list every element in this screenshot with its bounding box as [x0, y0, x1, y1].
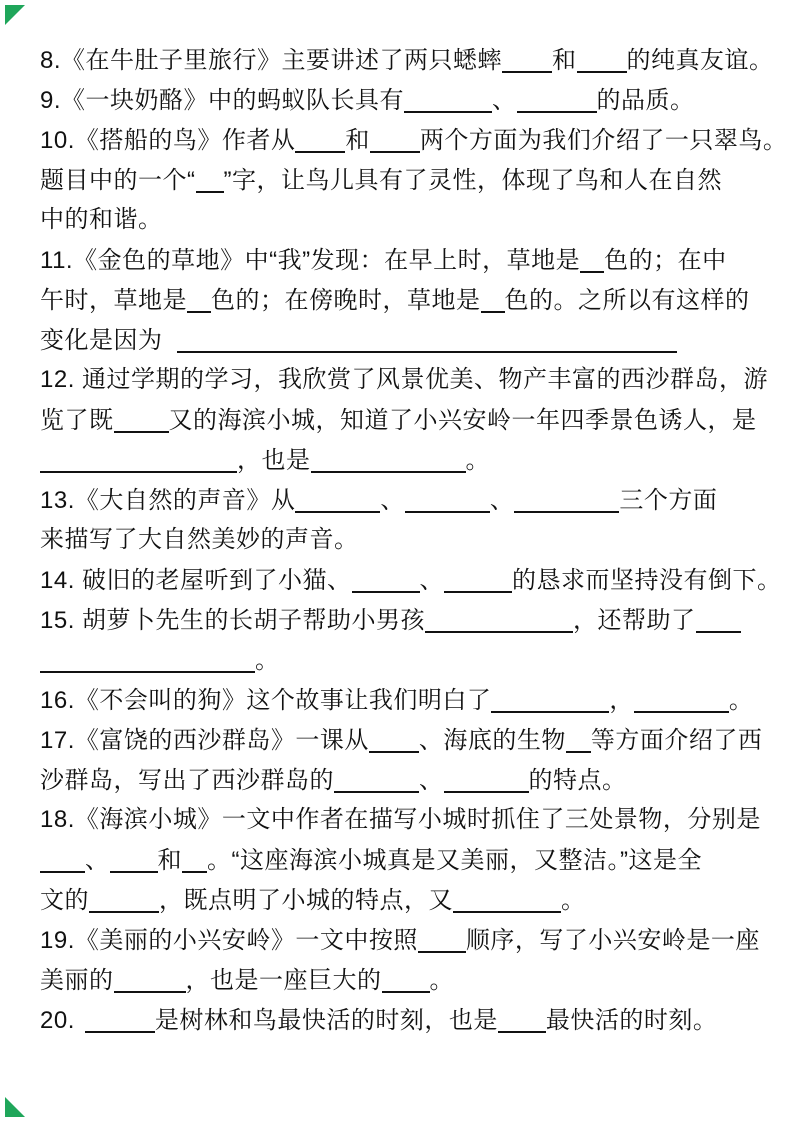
answer-blank	[514, 485, 619, 513]
question-text: 。	[561, 887, 586, 914]
answer-blank	[334, 765, 419, 793]
question-text: ，也是一座巨大的	[186, 967, 382, 994]
question-text: 色的；在中	[604, 247, 727, 274]
answer-blank	[425, 605, 573, 633]
q11-line2: 午时，草地是色的；在傍晚时，草地是色的。之所以有这样的	[40, 280, 779, 320]
question-text: 午时，草地是	[40, 287, 187, 314]
question-text: ，既点明了小城的特点，又	[159, 887, 453, 914]
answer-blank	[352, 565, 420, 593]
answer-blank	[502, 45, 552, 73]
answer-blank	[517, 85, 597, 113]
question-text: 20.	[40, 1007, 75, 1034]
question-text: 美丽的	[40, 967, 114, 994]
answer-blank	[177, 325, 677, 353]
answer-blank	[577, 45, 627, 73]
question-text: 、海底的生物	[419, 727, 566, 754]
question-text: 、	[420, 567, 445, 594]
answer-blank	[311, 445, 466, 473]
question-text: 8.《在牛肚子里旅行》主要讲述了两只蟋蟀	[40, 47, 502, 74]
q12-line3: ，也是。	[40, 440, 779, 480]
answer-blank	[453, 885, 561, 913]
question-text: 。	[255, 647, 280, 674]
answer-blank	[405, 485, 490, 513]
question-text: 16.《不会叫的狗》这个故事让我们明白了	[40, 687, 491, 714]
question-text: 的特点。	[529, 767, 627, 794]
question-text: 三个方面	[619, 487, 717, 514]
question-text: 19.《美丽的小兴安岭》一文中按照	[40, 927, 418, 954]
answer-blank	[40, 645, 255, 673]
question-text: 、	[380, 487, 405, 514]
question-text: 。	[466, 447, 491, 474]
spacer	[75, 1027, 85, 1028]
question-text: 色的；在傍晚时，草地是	[211, 287, 481, 314]
answer-blank	[370, 125, 420, 153]
question-text: 9.《一块奶酪》中的蚂蚁队长具有	[40, 87, 404, 114]
q19-line1: 19.《美丽的小兴安岭》一文中按照顺序，写了小兴安岭是一座	[40, 920, 779, 960]
question-text: 中的和谐。	[40, 206, 163, 233]
answer-blank	[634, 685, 729, 713]
q19-line2: 美丽的，也是一座巨大的。	[40, 960, 779, 1000]
question-text: ，	[609, 687, 634, 714]
answer-blank	[40, 445, 237, 473]
answer-blank	[110, 845, 158, 873]
question-text: 、	[490, 487, 515, 514]
answer-blank	[114, 965, 186, 993]
q17-line2: 沙群岛，写出了西沙群岛的、的特点。	[40, 760, 779, 800]
question-text: 和	[345, 127, 370, 154]
question-text: 10.《搭船的鸟》作者从	[40, 127, 295, 154]
question-text: 览了既	[40, 407, 114, 434]
question-text: 、	[85, 847, 110, 874]
q11-line1: 11.《金色的草地》中“我”发现：在早上时，草地是色的；在中	[40, 240, 779, 280]
answer-blank	[85, 1005, 155, 1033]
question-text: 文的	[40, 887, 89, 914]
answer-blank	[566, 725, 591, 753]
answer-blank	[114, 405, 169, 433]
question-text: ，还帮助了	[573, 607, 696, 634]
question-text: 和	[552, 47, 577, 74]
q17-line1: 17.《富饶的西沙群岛》一课从、海底的生物等方面介绍了西	[40, 720, 779, 760]
answer-blank	[491, 685, 609, 713]
question-text: 顺序，写了小兴安岭是一座	[466, 927, 760, 954]
q10-line2: 题目中的一个“”字，让鸟儿具有了灵性，体现了鸟和人在自然	[40, 160, 779, 200]
q10-line3: 中的和谐。	[40, 200, 779, 240]
answer-blank	[498, 1005, 546, 1033]
question-text: 的品质。	[597, 87, 695, 114]
question-text: 变化是因为	[40, 327, 163, 354]
question-text: 、	[492, 87, 517, 114]
answer-blank	[580, 245, 604, 273]
corner-fold-mark-bottom-left	[5, 1097, 25, 1117]
question-text: 题目中的一个“	[40, 167, 196, 194]
answer-blank	[404, 85, 492, 113]
q11-line3: 变化是因为	[40, 320, 779, 360]
answer-blank	[444, 565, 512, 593]
spacer	[163, 347, 177, 348]
q18-line3: 文的，既点明了小城的特点，又。	[40, 880, 779, 920]
question-text: 。	[729, 687, 754, 714]
question-text: 的恳求而坚持没有倒下。	[512, 567, 782, 594]
q12-line1: 12. 通过学期的学习，我欣赏了风景优美、物产丰富的西沙群岛，游	[40, 360, 779, 400]
answer-blank	[369, 725, 419, 753]
q16-line1: 16.《不会叫的狗》这个故事让我们明白了，。	[40, 680, 779, 720]
question-text: 色的。之所以有这样的	[505, 287, 750, 314]
q10-line1: 10.《搭船的鸟》作者从和两个方面为我们介绍了一只翠鸟。	[40, 120, 779, 160]
answer-blank	[187, 285, 211, 313]
answer-blank	[196, 165, 224, 193]
question-text: 。“这座海滨小城真是又美丽，又整洁。”这是全	[207, 847, 702, 874]
question-text: 12. 通过学期的学习，我欣赏了风景优美、物产丰富的西沙群岛，游	[40, 366, 768, 393]
question-text: ”字，让鸟儿具有了灵性，体现了鸟和人在自然	[224, 167, 723, 194]
answer-blank	[40, 845, 85, 873]
q15-line1: 15. 胡萝卜先生的长胡子帮助小男孩，还帮助了	[40, 600, 779, 640]
question-text: 18.《海滨小城》一文中作者在描写小城时抓住了三处景物，分别是	[40, 806, 761, 833]
q9-line1: 9.《一块奶酪》中的蚂蚁队长具有、的品质。	[40, 80, 779, 120]
q15-line2: 。	[40, 640, 779, 680]
q18-line2: 、和。“这座海滨小城真是又美丽，又整洁。”这是全	[40, 840, 779, 880]
question-text: 、	[419, 767, 444, 794]
answer-blank	[481, 285, 505, 313]
q13-line2: 来描写了大自然美妙的声音。	[40, 520, 779, 560]
question-text: 15. 胡萝卜先生的长胡子帮助小男孩	[40, 607, 425, 634]
answer-blank	[696, 605, 741, 633]
answer-blank	[182, 845, 207, 873]
answer-blank	[444, 765, 529, 793]
question-text: 又的海滨小城，知道了小兴安岭一年四季景色诱人，是	[169, 407, 757, 434]
question-text: 是树林和鸟最快活的时刻，也是	[155, 1007, 498, 1034]
question-text: 沙群岛，写出了西沙群岛的	[40, 767, 334, 794]
question-text: 两个方面为我们介绍了一只翠鸟。	[420, 127, 788, 154]
question-text: 14. 破旧的老屋听到了小猫、	[40, 567, 352, 594]
question-text: 等方面介绍了西	[591, 727, 763, 754]
question-text: 的纯真友谊。	[627, 47, 774, 74]
q20-line1: 20.是树林和鸟最快活的时刻，也是最快活的时刻。	[40, 1000, 779, 1040]
question-text: 和	[158, 847, 183, 874]
q18-line1: 18.《海滨小城》一文中作者在描写小城时抓住了三处景物，分别是	[40, 800, 779, 840]
question-text: 来描写了大自然美妙的声音。	[40, 526, 359, 553]
corner-fold-mark-top-left	[5, 5, 25, 25]
q13-line1: 13.《大自然的声音》从、、三个方面	[40, 480, 779, 520]
answer-blank	[382, 965, 430, 993]
answer-blank	[89, 885, 159, 913]
q12-line2: 览了既又的海滨小城，知道了小兴安岭一年四季景色诱人，是	[40, 400, 779, 440]
question-text: 。	[430, 967, 455, 994]
question-list: 8.《在牛肚子里旅行》主要讲述了两只蟋蟀和的纯真友谊。9.《一块奶酪》中的蚂蚁队…	[40, 40, 779, 1040]
q14-line1: 14. 破旧的老屋听到了小猫、、的恳求而坚持没有倒下。	[40, 560, 779, 600]
answer-blank	[295, 485, 380, 513]
question-text: 11.《金色的草地》中“我”发现：在早上时，草地是	[40, 247, 580, 274]
question-text: 最快活的时刻。	[546, 1007, 718, 1034]
answer-blank	[418, 925, 466, 953]
q8-line1: 8.《在牛肚子里旅行》主要讲述了两只蟋蟀和的纯真友谊。	[40, 40, 779, 80]
answer-blank	[295, 125, 345, 153]
worksheet-page: 8.《在牛肚子里旅行》主要讲述了两只蟋蟀和的纯真友谊。9.《一块奶酪》中的蚂蚁队…	[0, 0, 793, 1122]
question-text: 17.《富饶的西沙群岛》一课从	[40, 727, 369, 754]
question-text: ，也是	[237, 447, 311, 474]
question-text: 13.《大自然的声音》从	[40, 487, 295, 514]
